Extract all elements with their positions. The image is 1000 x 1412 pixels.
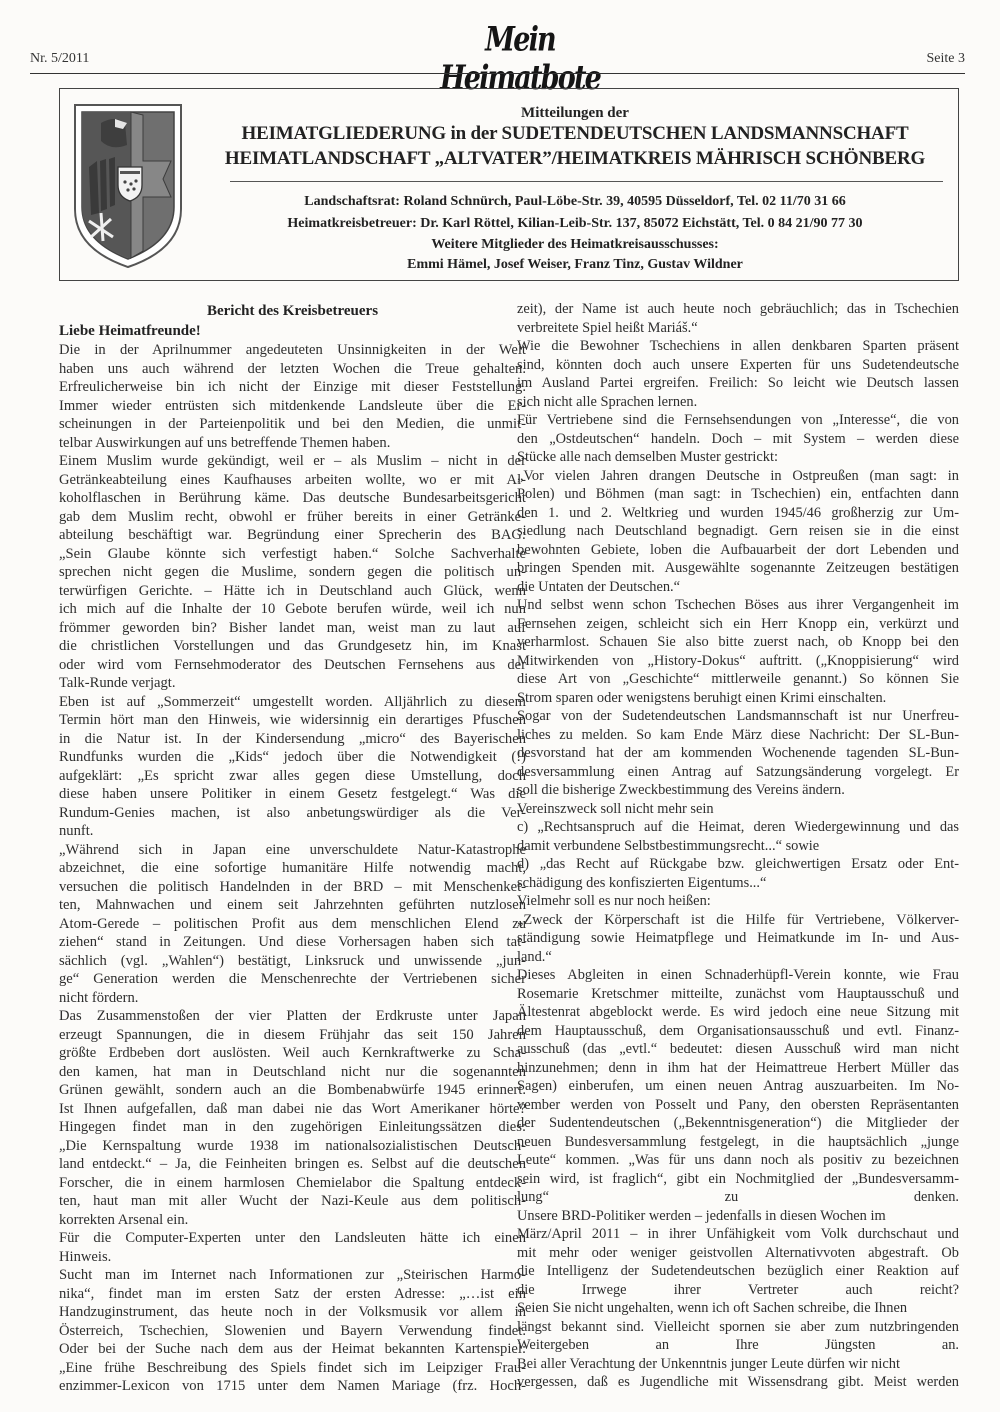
text-line: siedlung nach Deutschland begnadigt. Ger… — [517, 522, 959, 541]
text-line: haben uns auch während der letzten Woche… — [59, 360, 526, 379]
info-divider — [230, 181, 943, 182]
text-line: bringen Spenden mit. Ausgewählte sogenan… — [517, 559, 959, 578]
text-line: nicht fördern. — [59, 989, 526, 1008]
text-line: „Die Kernspaltung wurde 1938 im national… — [59, 1137, 526, 1156]
text-line: Die in der Aprilnummer angedeuteten Unsi… — [59, 341, 526, 360]
text-line: terwürfigen Gerichte. – Hätte ich in Deu… — [59, 582, 526, 601]
text-line: telbar Auswirkungen auf uns betreffende … — [59, 434, 526, 453]
text-line: koholflaschen in Berührung käme. Das deu… — [59, 489, 526, 508]
text-line: Sucht man im Internet nach Informationen… — [59, 1266, 526, 1285]
text-line: die Irrwege ihrer Vertreter auch reicht? — [517, 1281, 959, 1300]
text-line: Oder bei der Suche nach dem aus der Heim… — [59, 1340, 526, 1359]
text-line: Rosemarie Kretschmer mitteilte, zunächst… — [517, 985, 959, 1004]
text-line: Immer wieder entrüsten sich mitdenkende … — [59, 397, 526, 416]
text-line: ge“ Generation werden die Menschenrechte… — [59, 970, 526, 989]
text-line: sein wird, ist fraglich“, gibt ein Nochm… — [517, 1170, 959, 1189]
text-line: Talk-Runde verjagt. — [59, 674, 526, 693]
text-line: enzimmer-Lexicon von 1715 unter dem Name… — [59, 1377, 526, 1396]
text-line: sprechen nicht gegen die Muslime, sonder… — [59, 563, 526, 582]
text-line: erzeugt Spannungen, die in diesem Frühja… — [59, 1026, 526, 1045]
text-line: desvorstand hat der am kommenden Wochene… — [517, 744, 959, 763]
text-line: dem Hauptausschuß, dem Organisationsauss… — [517, 1022, 959, 1041]
text-line: Und selbst wenn schon Tschechen Böses au… — [517, 596, 959, 615]
text-line: die christlichen Vorstellungen und das G… — [59, 637, 526, 656]
page-number: Seite 3 — [927, 51, 966, 67]
text-line: Rundfunks wurden die „Kids“ jedoch über … — [59, 748, 526, 767]
region-heading: HEIMATLANDSCHAFT „ALTVATER”/HEIMATKREIS … — [200, 148, 950, 170]
text-line: damit verbundene Selbstbestimmungsrecht.… — [517, 837, 959, 856]
text-line: größte Erdbeben dort auslösten. Weil auc… — [59, 1044, 526, 1063]
text-line: nunft. — [59, 822, 526, 841]
article-title: Bericht des Kreisbetreuers — [59, 300, 526, 322]
article-greeting: Liebe Heimatfreunde! — [59, 322, 526, 341]
text-line: Vereinszweck soll nicht mehr sein — [517, 800, 959, 819]
text-line: die Intelligenz der Sudetendeutschen bez… — [517, 1262, 959, 1281]
article-column-left: Bericht des Kreisbetreuers Liebe Heimatf… — [59, 300, 526, 1396]
text-line: hinzunehmen; denn in ihm hat der Heimatt… — [517, 1059, 959, 1078]
text-line: Fernsehen zeigen, schleicht sich ein Her… — [517, 615, 959, 634]
text-line: der Sudentendeutschen („Bekenntnisgenera… — [517, 1114, 959, 1133]
newspaper-logo: Mein Heimatbote — [415, 20, 625, 98]
masthead: Nr. 5/2011 Mein Heimatbote Seite 3 — [30, 0, 965, 75]
text-line: oder wird vom Fernsehmoderator des Deuts… — [59, 656, 526, 675]
text-line: land.“ — [517, 948, 959, 967]
text-line: verharmlost. Schauen Sie also bitte zuer… — [517, 633, 959, 652]
text-line: „Vor vielen Jahren drangen Deutsche in O… — [517, 467, 959, 486]
text-line: sind, könnten doch auch unsere Experten … — [517, 356, 959, 375]
text-line: lung“ zu denken. — [517, 1188, 959, 1207]
masthead-rule — [30, 73, 965, 74]
text-line: neuen Bundesversammlung festgelegt, in d… — [517, 1133, 959, 1152]
text-line: scheinungen in der Parteienpolitik und b… — [59, 415, 526, 434]
text-line: im Ausland Partei ergreifen. Freilich: S… — [517, 374, 959, 393]
text-line: Einem Muslim wurde gekündigt, weil er – … — [59, 452, 526, 471]
text-line: ständigung sowie Heimatpflege und Heimat… — [517, 929, 959, 948]
text-line: den 1. und 2. Weltkrieg und wurden 1945/… — [517, 504, 959, 523]
text-line: diese Art von „Geschichte“ mittlerweile … — [517, 670, 959, 689]
text-line: Leute“ kommen. „Was für uns dann noch al… — [517, 1151, 959, 1170]
text-line: sächlich (vgl. „Wahlen“) bestätigt, Link… — [59, 952, 526, 971]
text-line: korrekten Arsenal ein. — [59, 1211, 526, 1230]
text-line: soll die bisherige Zweckbestimmung des V… — [517, 781, 959, 800]
text-line: Handzuginstrument, das heute noch in der… — [59, 1303, 526, 1322]
text-line: abteilung beschäftigt war. Begründung ei… — [59, 526, 526, 545]
text-line: Forscher, die in einem harmlosen Chemiel… — [59, 1174, 526, 1193]
article-body-right: zeit), der Name ist auch heute noch gebr… — [517, 300, 959, 1392]
committee-members: Emmi Hämel, Josef Weiser, Franz Tinz, Gu… — [200, 257, 950, 273]
text-line: Das Zusammenstoßen der vier Platten der … — [59, 1007, 526, 1026]
text-line: Hingegen findet man in den zugehörigen E… — [59, 1118, 526, 1137]
text-line: Mitwirkenden von „History-Dokus“ auftrit… — [517, 652, 959, 671]
text-line: Seien Sie nicht ungehalten, wenn ich oft… — [517, 1299, 959, 1318]
text-line: frömmer geworden bin? Bisher landet man,… — [59, 619, 526, 638]
text-line: Hinweis. — [59, 1248, 526, 1267]
info-intro: Mitteilungen der — [200, 105, 950, 122]
text-line: ten, haut man mit aller Wucht der Nazi-K… — [59, 1192, 526, 1211]
text-line: land entdeckt.“ – Ja, die Feinheiten bri… — [59, 1155, 526, 1174]
text-line: Erfreulicherweise bin ich nicht der Einz… — [59, 378, 526, 397]
text-line: desversammlung einen Antrag auf Satzungs… — [517, 763, 959, 782]
text-line: Unsere BRD-Politiker werden – jedenfalls… — [517, 1207, 959, 1226]
text-line: März/April 2011 – in ihrer Unfähigkeit v… — [517, 1225, 959, 1244]
text-line: gab dem Muslim recht, obwohl er früher b… — [59, 508, 526, 527]
text-line: sich nicht alle Sprachen lernen. — [517, 393, 959, 412]
issue-number: Nr. 5/2011 — [30, 51, 89, 67]
text-line: vergessen, daß es Jugendliche mit Wissen… — [517, 1373, 959, 1392]
text-line: d) „das Recht auf Rückgabe bzw. gleichwe… — [517, 855, 959, 874]
text-line: Vielmehr soll es nur noch heißen: — [517, 892, 959, 911]
article-column-right: zeit), der Name ist auch heute noch gebr… — [517, 300, 959, 1392]
article-body-left: Die in der Aprilnummer angedeuteten Unsi… — [59, 341, 526, 1396]
text-line: mit mehr oder weniger geistvollen Altern… — [517, 1244, 959, 1263]
text-line: Grünen gewählt, sondern auch an die Bomb… — [59, 1081, 526, 1100]
text-line: verbreitete Spiel heißt Mariáš.“ — [517, 319, 959, 338]
text-line: Rundum-Genies machen, ist also anbetungs… — [59, 804, 526, 823]
text-line: ten, Mahnwachen und einem seit Jahrzehnt… — [59, 896, 526, 915]
text-line: längst bekannt sind. Vielleicht spornen … — [517, 1318, 959, 1337]
text-line: Weitergeben an Ihre Jüngsten an. — [517, 1336, 959, 1355]
text-line: liches zu melden. So kam Ende März diese… — [517, 726, 959, 745]
text-line: Getränkeabteilung eines Kaufhauses arbei… — [59, 471, 526, 490]
text-line: zeit), der Name ist auch heute noch gebr… — [517, 300, 959, 319]
coat-of-arms-shield-icon — [71, 101, 185, 271]
organization-heading: HEIMATGLIEDERUNG in der SUDETENDEUTSCHEN… — [200, 123, 950, 145]
text-line: den kamen, hat man in Deutschland nicht … — [59, 1063, 526, 1082]
text-line: Strom sparen oder wenigstens beruhigt ei… — [517, 689, 959, 708]
text-line: den „Ostdeutschen“ handeln. Doch – mit S… — [517, 430, 959, 449]
text-line: Bei aller Verachtung der Unkenntnis jung… — [517, 1355, 959, 1374]
text-line: versuchen die politisch Handelnden in de… — [59, 878, 526, 897]
text-line: „Sein Glaube könnte sich verfestigt habe… — [59, 545, 526, 564]
text-line: in die Natur ist. In der Kindersendung „… — [59, 730, 526, 749]
text-line: Termin hört man den Hinweis, wie widersi… — [59, 711, 526, 730]
organization-info-box: Mitteilungen der HEIMATGLIEDERUNG in der… — [59, 88, 959, 281]
contact-landschaftsrat: Landschaftsrat: Roland Schnürch, Paul-Lö… — [200, 194, 950, 210]
text-line: Atom-Gerede – politischen Profit aus dem… — [59, 915, 526, 934]
text-line: diese haben unsere Politiker in einem Ge… — [59, 785, 526, 804]
text-line: Wie die Bewohner Tschechiens in allen de… — [517, 337, 959, 356]
text-line: Sagen) einberufen, um einen neuen Antrag… — [517, 1077, 959, 1096]
text-line: abzeichnet, die eine sofortige humanitär… — [59, 859, 526, 878]
committee-label: Weitere Mitglieder des Heimatkreisaussch… — [200, 237, 950, 253]
contact-heimatkreisbetreuer: Heimatkreisbetreuer: Dr. Karl Röttel, Ki… — [200, 216, 950, 232]
text-line: aufgeklärt: „Es spricht zwar alles gegen… — [59, 767, 526, 786]
text-line: „Während sich in Japan eine unverschulde… — [59, 841, 526, 860]
text-line: Sogar von der Sudetendeutschen Landsmann… — [517, 707, 959, 726]
text-line: schädigung des konfiszierten Eigentums..… — [517, 874, 959, 893]
text-line: Für Vertriebene sind die Fernsehsendunge… — [517, 411, 959, 430]
text-line: Österreich, Tschechien, Slowenien und Ba… — [59, 1322, 526, 1341]
text-line: Ist Ihnen aufgefallen, daß man dabei nie… — [59, 1100, 526, 1119]
text-line: „Zweck der Körperschaft ist die Hilfe fü… — [517, 911, 959, 930]
text-line: Für die Computer-Experten unter den Land… — [59, 1229, 526, 1248]
text-line: Eben ist auf „Sommerzeit“ umgestellt wor… — [59, 693, 526, 712]
text-line: Ältestenrat abgeblockt werde. Es wird je… — [517, 1003, 959, 1022]
text-line: vember werden von Posselt und Pany, den … — [517, 1096, 959, 1115]
text-line: ich mich auf die Inhalte der 10 Gebote b… — [59, 600, 526, 619]
text-line: die Untaten der Deutschen.“ — [517, 578, 959, 597]
text-line: Dieses Abgleiten in einen Schnaderhüpfl-… — [517, 966, 959, 985]
text-line: nika“, findet man im ersten Satz der ers… — [59, 1285, 526, 1304]
text-line: Polen) und Böhmen (man sagt: in Tschechi… — [517, 485, 959, 504]
text-line: c) „Rechtsanspruch auf die Heimat, deren… — [517, 818, 959, 837]
text-line: Stücke alle nach demselben Muster gestri… — [517, 448, 959, 467]
text-line: ziehen“ stand in Zeitungen. Und diese Vo… — [59, 933, 526, 952]
text-line: „Eine frühe Beschreibung des Spiels find… — [59, 1359, 526, 1378]
text-line: bewohnten Gebiete, loben die Aufbauarbei… — [517, 541, 959, 560]
text-line: ausschuß (das „evtl.“ bedeutet: diesen A… — [517, 1040, 959, 1059]
